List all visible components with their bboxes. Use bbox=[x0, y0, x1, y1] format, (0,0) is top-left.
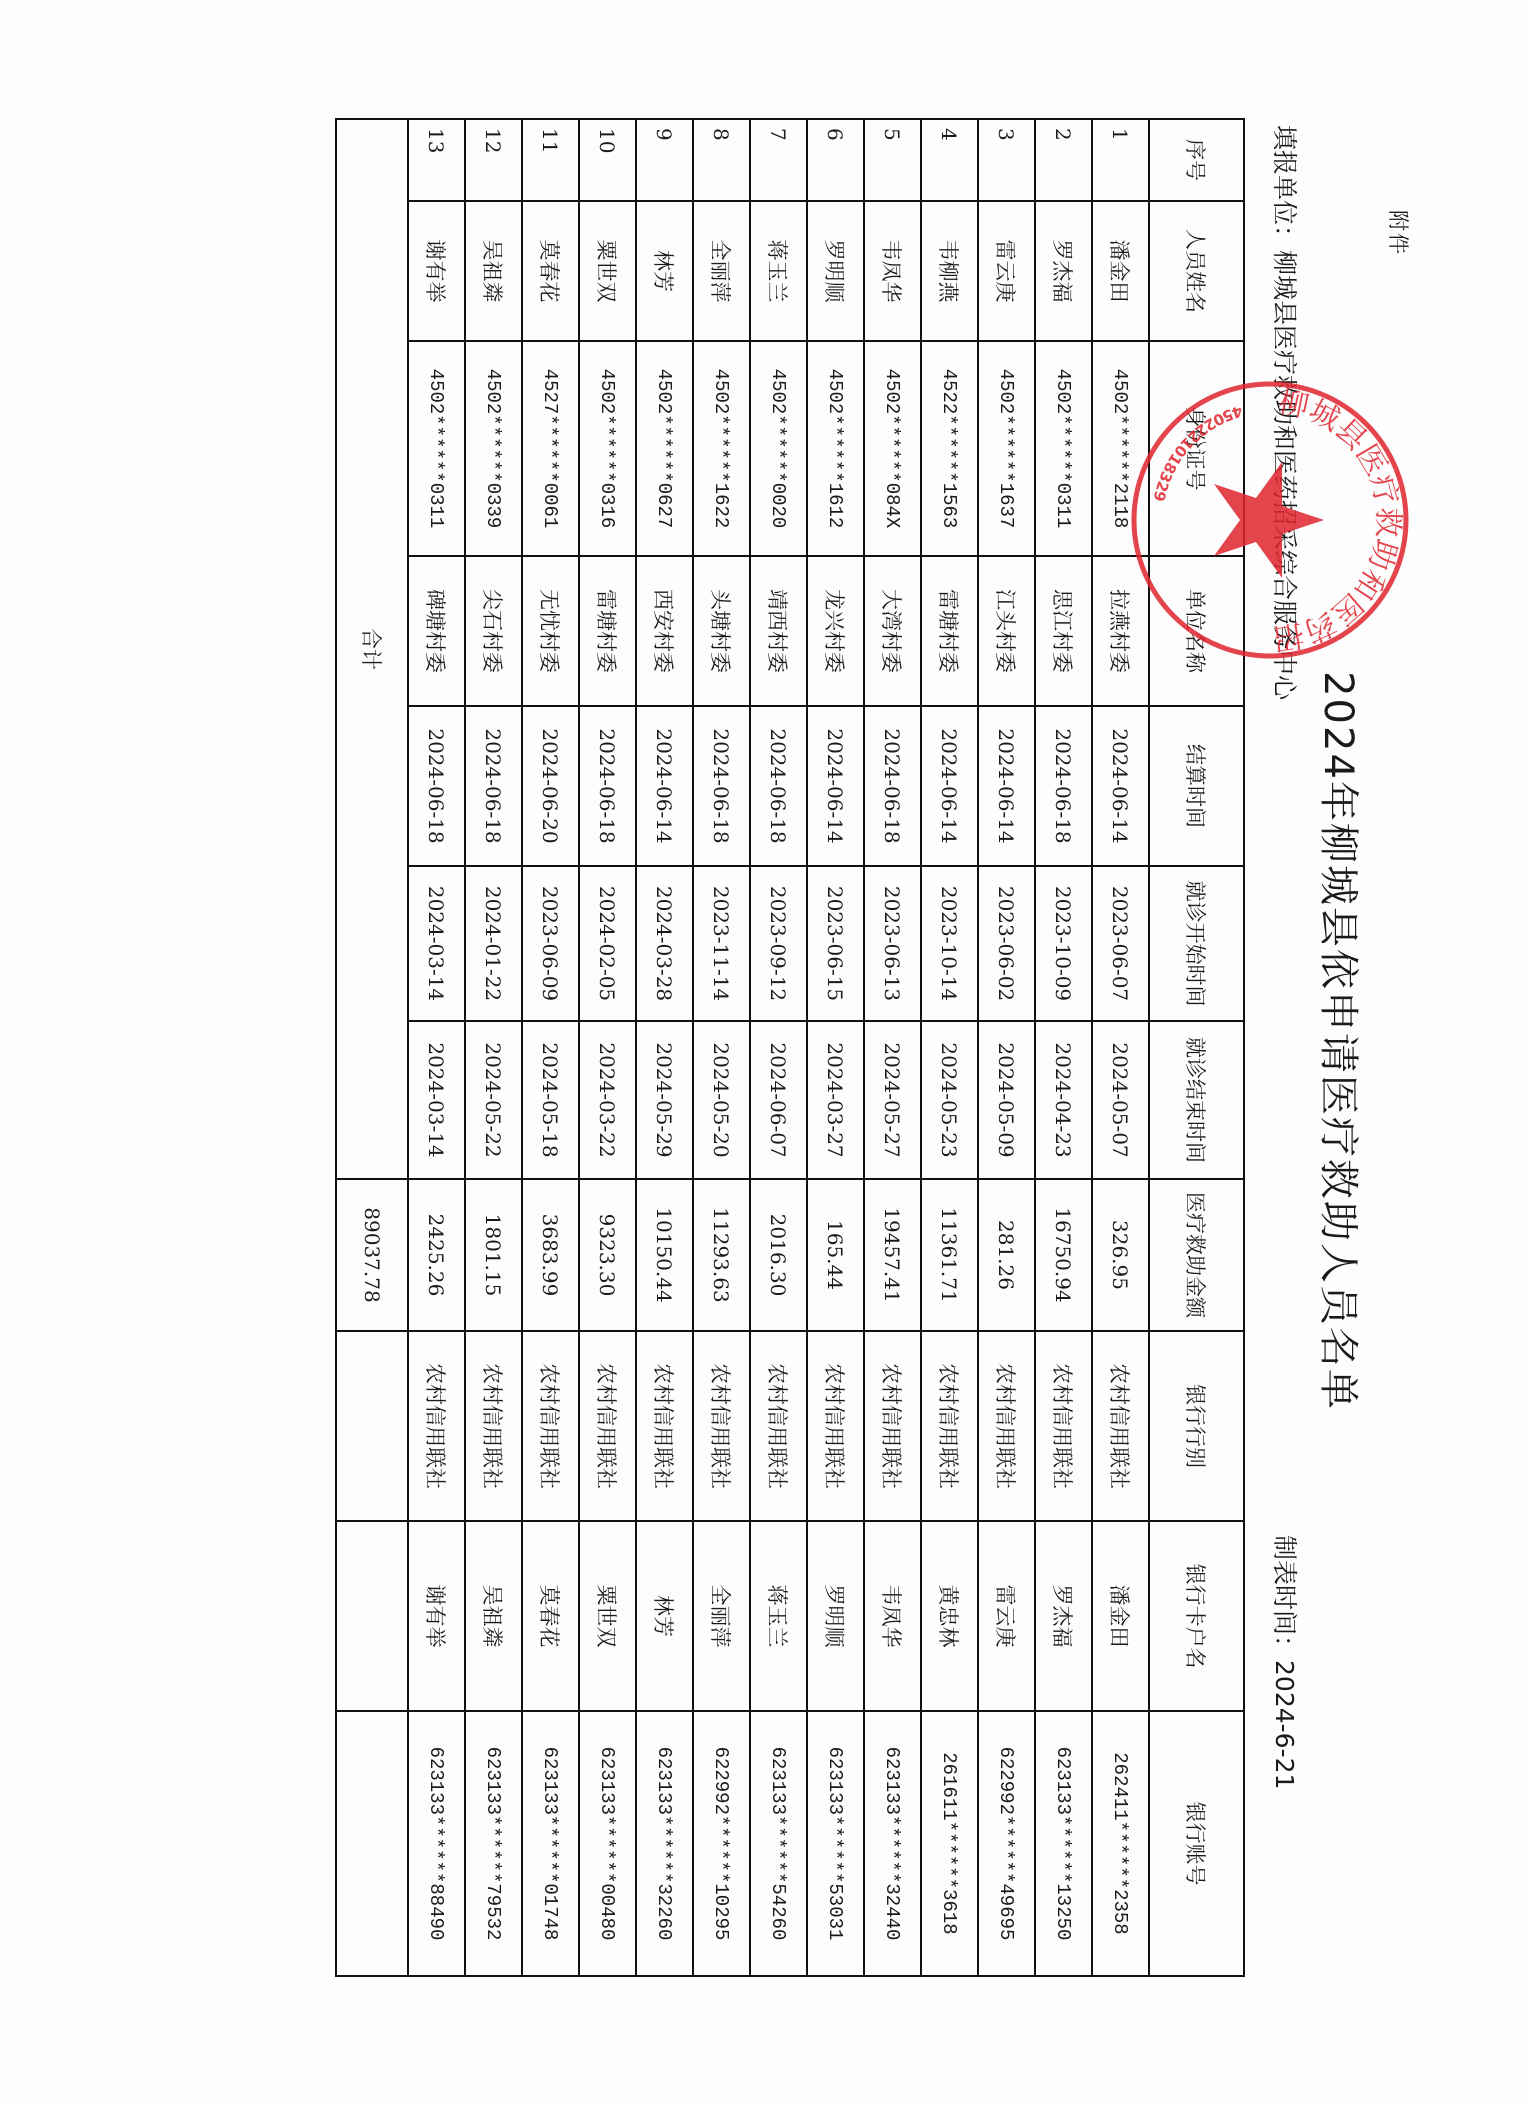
cell-amount: 19457.41 bbox=[864, 1179, 921, 1331]
cell-holder: 蒋玉兰 bbox=[750, 1521, 807, 1711]
cell-name: 罗杰福 bbox=[1035, 201, 1092, 341]
cell-unit: 思江村委 bbox=[1035, 556, 1092, 706]
cell-name: 粟世双 bbox=[579, 201, 636, 341]
cell-unit: 头塘村委 bbox=[693, 556, 750, 706]
cell-holder: 粟世双 bbox=[579, 1521, 636, 1711]
cell-settle: 2024-06-18 bbox=[579, 706, 636, 866]
cell-end: 2024-05-27 bbox=[864, 1021, 921, 1179]
column-header: 序号 bbox=[1149, 119, 1244, 201]
cell-seq: 10 bbox=[579, 119, 636, 201]
cell-start: 2024-03-28 bbox=[636, 866, 693, 1021]
cell-start: 2023-06-02 bbox=[978, 866, 1035, 1021]
cell-unit: 拉燕村委 bbox=[1092, 556, 1149, 706]
cell-settle: 2024-06-14 bbox=[978, 706, 1035, 866]
cell-amount: 16750.94 bbox=[1035, 1179, 1092, 1331]
cell-seq: 9 bbox=[636, 119, 693, 201]
filler-unit: 填报单位：柳城县医疗救助和医药招采综合服务中心 bbox=[1268, 125, 1304, 700]
cell-id: 4522******1563 bbox=[921, 341, 978, 556]
made-date: 制表时间：2024-6-21 bbox=[1268, 1535, 1304, 1789]
attachment-label: 附件 bbox=[1384, 210, 1414, 256]
table-row: 1潘金田4502******2118拉燕村委2024-06-142023-06-… bbox=[1092, 119, 1149, 1976]
cell-name: 全丽萍 bbox=[693, 201, 750, 341]
document-title: 2024年柳城县依申请医疗救助人员名单 bbox=[1313, 0, 1370, 2102]
cell-bank: 农村信用联社 bbox=[408, 1331, 465, 1521]
cell-unit: 龙兴村委 bbox=[807, 556, 864, 706]
column-header: 结算时间 bbox=[1149, 706, 1244, 866]
column-header: 就诊结束时间 bbox=[1149, 1021, 1244, 1179]
cell-amount: 1801.15 bbox=[465, 1179, 522, 1331]
cell-start: 2023-06-15 bbox=[807, 866, 864, 1021]
column-header: 银行账号 bbox=[1149, 1711, 1244, 1976]
cell-end: 2024-03-22 bbox=[579, 1021, 636, 1179]
aid-recipient-table: 序号人员姓名身份证号单位名称结算时间就诊开始时间就诊结束时间医疗救助金额银行行别… bbox=[335, 118, 1245, 1977]
cell-bank: 农村信用联社 bbox=[1092, 1331, 1149, 1521]
cell-id: 4502******2118 bbox=[1092, 341, 1149, 556]
table-row: 3雷云庚4502******1637江头村委2024-06-142023-06-… bbox=[978, 119, 1035, 1976]
cell-unit: 雷塘村委 bbox=[921, 556, 978, 706]
cell-unit: 靖西村委 bbox=[750, 556, 807, 706]
cell-seq: 5 bbox=[864, 119, 921, 201]
cell-account: 622992******10295 bbox=[693, 1711, 750, 1976]
cell-end: 2024-05-09 bbox=[978, 1021, 1035, 1179]
cell-holder: 林芳 bbox=[636, 1521, 693, 1711]
cell-holder: 韦凤华 bbox=[864, 1521, 921, 1711]
cell-bank: 农村信用联社 bbox=[921, 1331, 978, 1521]
total-empty-cell bbox=[336, 1331, 408, 1521]
cell-bank: 农村信用联社 bbox=[978, 1331, 1035, 1521]
cell-amount: 2425.26 bbox=[408, 1179, 465, 1331]
cell-seq: 1 bbox=[1092, 119, 1149, 201]
cell-name: 莫春花 bbox=[522, 201, 579, 341]
cell-end: 2024-04-23 bbox=[1035, 1021, 1092, 1179]
cell-start: 2023-09-12 bbox=[750, 866, 807, 1021]
cell-holder: 全丽萍 bbox=[693, 1521, 750, 1711]
cell-id: 4502******1612 bbox=[807, 341, 864, 556]
cell-holder: 雷云庚 bbox=[978, 1521, 1035, 1711]
cell-name: 林芳 bbox=[636, 201, 693, 341]
cell-unit: 雷塘村委 bbox=[579, 556, 636, 706]
cell-holder: 罗明顺 bbox=[807, 1521, 864, 1711]
cell-end: 2024-06-07 bbox=[750, 1021, 807, 1179]
cell-account: 261611******3618 bbox=[921, 1711, 978, 1976]
cell-settle: 2024-06-18 bbox=[408, 706, 465, 866]
cell-name: 潘金田 bbox=[1092, 201, 1149, 341]
cell-holder: 谢有举 bbox=[408, 1521, 465, 1711]
cell-amount: 281.26 bbox=[978, 1179, 1035, 1331]
cell-holder: 吴祖粦 bbox=[465, 1521, 522, 1711]
cell-account: 622992******49695 bbox=[978, 1711, 1035, 1976]
cell-account: 623133******53031 bbox=[807, 1711, 864, 1976]
filler-unit-label: 填报单位： bbox=[1270, 125, 1299, 250]
cell-id: 4502******0311 bbox=[408, 341, 465, 556]
table-row: 2罗杰福4502******0311思江村委2024-06-182023-10-… bbox=[1035, 119, 1092, 1976]
table-row: 9林芳4502******0627西安村委2024-06-142024-03-2… bbox=[636, 119, 693, 1976]
cell-settle: 2024-06-14 bbox=[1092, 706, 1149, 866]
cell-id: 4527******0061 bbox=[522, 341, 579, 556]
cell-id: 4502******1637 bbox=[978, 341, 1035, 556]
cell-end: 2024-05-18 bbox=[522, 1021, 579, 1179]
cell-account: 623133******32440 bbox=[864, 1711, 921, 1976]
cell-end: 2024-05-22 bbox=[465, 1021, 522, 1179]
cell-amount: 3683.99 bbox=[522, 1179, 579, 1331]
cell-bank: 农村信用联社 bbox=[750, 1331, 807, 1521]
table-row: 11莫春花4527******0061无忧村委2024-06-202023-06… bbox=[522, 119, 579, 1976]
cell-seq: 12 bbox=[465, 119, 522, 201]
column-header: 银行行别 bbox=[1149, 1331, 1244, 1521]
made-date-label: 制表时间： bbox=[1270, 1535, 1299, 1660]
document-page: 附件 2024年柳城县依申请医疗救助人员名单 填报单位：柳城县医疗救助和医药招采… bbox=[0, 0, 1530, 2102]
cell-settle: 2024-06-14 bbox=[636, 706, 693, 866]
document-title-text: 2024年柳城县依申请医疗救助人员名单 bbox=[1315, 671, 1361, 1411]
cell-name: 韦凤华 bbox=[864, 201, 921, 341]
cell-start: 2023-06-09 bbox=[522, 866, 579, 1021]
cell-seq: 8 bbox=[693, 119, 750, 201]
cell-bank: 农村信用联社 bbox=[693, 1331, 750, 1521]
cell-start: 2023-10-14 bbox=[921, 866, 978, 1021]
cell-holder: 潘金田 bbox=[1092, 1521, 1149, 1711]
cell-end: 2024-05-20 bbox=[693, 1021, 750, 1179]
cell-account: 623133******32260 bbox=[636, 1711, 693, 1976]
table-row: 5韦凤华4502******084X大湾村委2024-06-182023-06-… bbox=[864, 119, 921, 1976]
cell-seq: 3 bbox=[978, 119, 1035, 201]
cell-settle: 2024-06-14 bbox=[921, 706, 978, 866]
total-empty-cell bbox=[336, 1521, 408, 1711]
cell-settle: 2024-06-18 bbox=[1035, 706, 1092, 866]
cell-bank: 农村信用联社 bbox=[636, 1331, 693, 1521]
cell-end: 2024-05-23 bbox=[921, 1021, 978, 1179]
cell-settle: 2024-06-20 bbox=[522, 706, 579, 866]
cell-amount: 165.44 bbox=[807, 1179, 864, 1331]
cell-id: 4502******0339 bbox=[465, 341, 522, 556]
cell-name: 吴祖粦 bbox=[465, 201, 522, 341]
cell-settle: 2024-06-18 bbox=[750, 706, 807, 866]
cell-amount: 9323.30 bbox=[579, 1179, 636, 1331]
cell-account: 623133******01748 bbox=[522, 1711, 579, 1976]
cell-amount: 2016.30 bbox=[750, 1179, 807, 1331]
table-row: 8全丽萍4502******1622头塘村委2024-06-182023-11-… bbox=[693, 119, 750, 1976]
total-empty-cell bbox=[336, 1711, 408, 1976]
cell-id: 4502******0316 bbox=[579, 341, 636, 556]
cell-bank: 农村信用联社 bbox=[579, 1331, 636, 1521]
cell-id: 4502******084X bbox=[864, 341, 921, 556]
cell-amount: 11293.63 bbox=[693, 1179, 750, 1331]
cell-unit: 尖石村委 bbox=[465, 556, 522, 706]
filler-unit-value: 柳城县医疗救助和医药招采综合服务中心 bbox=[1270, 250, 1299, 700]
cell-name: 谢有举 bbox=[408, 201, 465, 341]
column-header: 医疗救助金额 bbox=[1149, 1179, 1244, 1331]
table-row: 10粟世双4502******0316雷塘村委2024-06-182024-02… bbox=[579, 119, 636, 1976]
cell-id: 4502******0311 bbox=[1035, 341, 1092, 556]
cell-settle: 2024-06-18 bbox=[864, 706, 921, 866]
cell-bank: 农村信用联社 bbox=[807, 1331, 864, 1521]
cell-start: 2024-01-22 bbox=[465, 866, 522, 1021]
cell-end: 2024-03-14 bbox=[408, 1021, 465, 1179]
table-header-row: 序号人员姓名身份证号单位名称结算时间就诊开始时间就诊结束时间医疗救助金额银行行别… bbox=[1149, 119, 1244, 1976]
column-header: 银行卡户名 bbox=[1149, 1521, 1244, 1711]
column-header: 人员姓名 bbox=[1149, 201, 1244, 341]
cell-bank: 农村信用联社 bbox=[1035, 1331, 1092, 1521]
cell-start: 2023-06-07 bbox=[1092, 866, 1149, 1021]
cell-seq: 2 bbox=[1035, 119, 1092, 201]
cell-unit: 江头村委 bbox=[978, 556, 1035, 706]
cell-seq: 13 bbox=[408, 119, 465, 201]
cell-settle: 2024-06-18 bbox=[465, 706, 522, 866]
cell-start: 2023-06-13 bbox=[864, 866, 921, 1021]
cell-bank: 农村信用联社 bbox=[864, 1331, 921, 1521]
cell-start: 2024-02-05 bbox=[579, 866, 636, 1021]
cell-amount: 11361.71 bbox=[921, 1179, 978, 1331]
table-row: 4韦柳燕4522******1563雷塘村委2024-06-142023-10-… bbox=[921, 119, 978, 1976]
cell-amount: 10150.44 bbox=[636, 1179, 693, 1331]
column-header: 就诊开始时间 bbox=[1149, 866, 1244, 1021]
cell-name: 罗明顺 bbox=[807, 201, 864, 341]
cell-settle: 2024-06-14 bbox=[807, 706, 864, 866]
cell-unit: 无忧村委 bbox=[522, 556, 579, 706]
cell-bank: 农村信用联社 bbox=[465, 1331, 522, 1521]
cell-id: 4502******1622 bbox=[693, 341, 750, 556]
cell-name: 蒋玉兰 bbox=[750, 201, 807, 341]
cell-settle: 2024-06-18 bbox=[693, 706, 750, 866]
cell-account: 623133******88490 bbox=[408, 1711, 465, 1976]
cell-account: 623133******00480 bbox=[579, 1711, 636, 1976]
table-row: 7蒋玉兰4502******0020靖西村委2024-06-182023-09-… bbox=[750, 119, 807, 1976]
cell-end: 2024-05-07 bbox=[1092, 1021, 1149, 1179]
cell-amount: 326.95 bbox=[1092, 1179, 1149, 1331]
cell-holder: 黄忠林 bbox=[921, 1521, 978, 1711]
cell-account: 623133******13250 bbox=[1035, 1711, 1092, 1976]
table-row: 6罗明顺4502******1612龙兴村委2024-06-142023-06-… bbox=[807, 119, 864, 1976]
table-row: 13谢有举4502******0311碑塘村委2024-06-182024-03… bbox=[408, 119, 465, 1976]
made-date-value: 2024-6-21 bbox=[1270, 1660, 1299, 1789]
cell-unit: 西安村委 bbox=[636, 556, 693, 706]
cell-end: 2024-05-29 bbox=[636, 1021, 693, 1179]
cell-end: 2024-03-27 bbox=[807, 1021, 864, 1179]
table-total-row: 合计 89037.78 bbox=[336, 119, 408, 1976]
total-label: 合计 bbox=[336, 119, 408, 1179]
cell-seq: 4 bbox=[921, 119, 978, 201]
cell-seq: 11 bbox=[522, 119, 579, 201]
cell-seq: 7 bbox=[750, 119, 807, 201]
cell-unit: 碑塘村委 bbox=[408, 556, 465, 706]
column-header: 身份证号 bbox=[1149, 341, 1244, 556]
cell-bank: 农村信用联社 bbox=[522, 1331, 579, 1521]
cell-start: 2024-03-14 bbox=[408, 866, 465, 1021]
total-amount: 89037.78 bbox=[336, 1179, 408, 1331]
cell-account: 623133******79532 bbox=[465, 1711, 522, 1976]
cell-name: 韦柳燕 bbox=[921, 201, 978, 341]
cell-account: 623133******54260 bbox=[750, 1711, 807, 1976]
cell-name: 雷云庚 bbox=[978, 201, 1035, 341]
cell-unit: 大湾村委 bbox=[864, 556, 921, 706]
cell-holder: 罗杰福 bbox=[1035, 1521, 1092, 1711]
cell-seq: 6 bbox=[807, 119, 864, 201]
cell-start: 2023-11-14 bbox=[693, 866, 750, 1021]
column-header: 单位名称 bbox=[1149, 556, 1244, 706]
table-row: 12吴祖粦4502******0339尖石村委2024-06-182024-01… bbox=[465, 119, 522, 1976]
cell-id: 4502******0020 bbox=[750, 341, 807, 556]
cell-start: 2023-10-09 bbox=[1035, 866, 1092, 1021]
cell-holder: 莫春花 bbox=[522, 1521, 579, 1711]
cell-id: 4502******0627 bbox=[636, 341, 693, 556]
cell-account: 262411******2358 bbox=[1092, 1711, 1149, 1976]
